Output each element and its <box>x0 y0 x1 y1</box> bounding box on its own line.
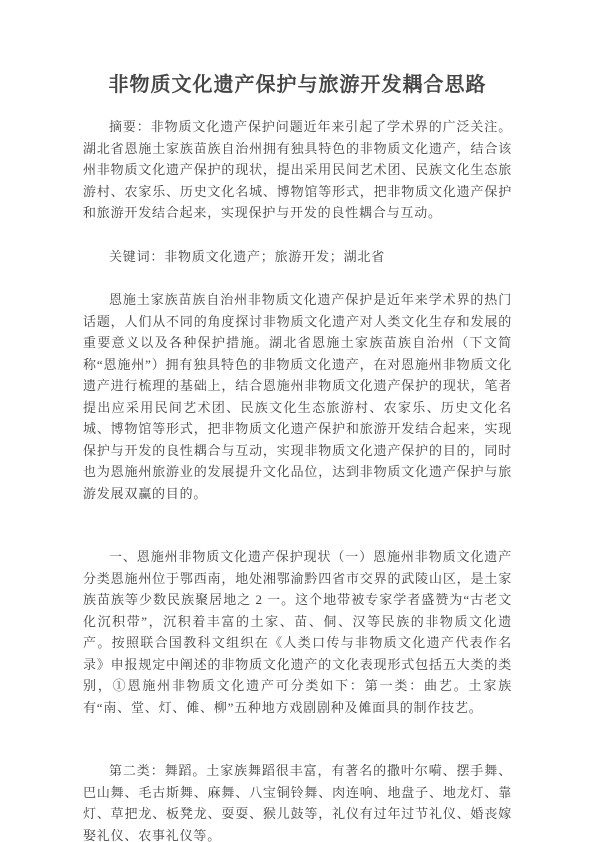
body-paragraph-dance: 第二类：舞蹈。土家族舞蹈很丰富，有著名的撒叶尔嗬、摆手舞、巴山舞、毛古斯舞、麻舞… <box>83 760 512 842</box>
abstract-paragraph: 摘要：非物质文化遗产保护问题近年来引起了学术界的广泛关注。湖北省恩施土家族苗族自… <box>83 116 512 224</box>
page-title: 非物质文化遗产保护与旅游开发耦合思路 <box>83 70 512 100</box>
keywords-line: 关键词：非物质文化遗产；旅游开发；湖北省 <box>83 246 512 268</box>
body-paragraph-intro: 恩施土家族苗族自治州非物质文化遗产保护是近年来学术界的热门话题，人们从不同的角度… <box>83 289 512 504</box>
body-paragraph-section-one: 一、恩施州非物质文化遗产保护现状（一）恩施州非物质文化遗产分类恩施州位于鄂西南，… <box>83 546 512 718</box>
document-page: 非物质文化遗产保护与旅游开发耦合思路 摘要：非物质文化遗产保护问题近年来引起了学… <box>0 0 595 842</box>
